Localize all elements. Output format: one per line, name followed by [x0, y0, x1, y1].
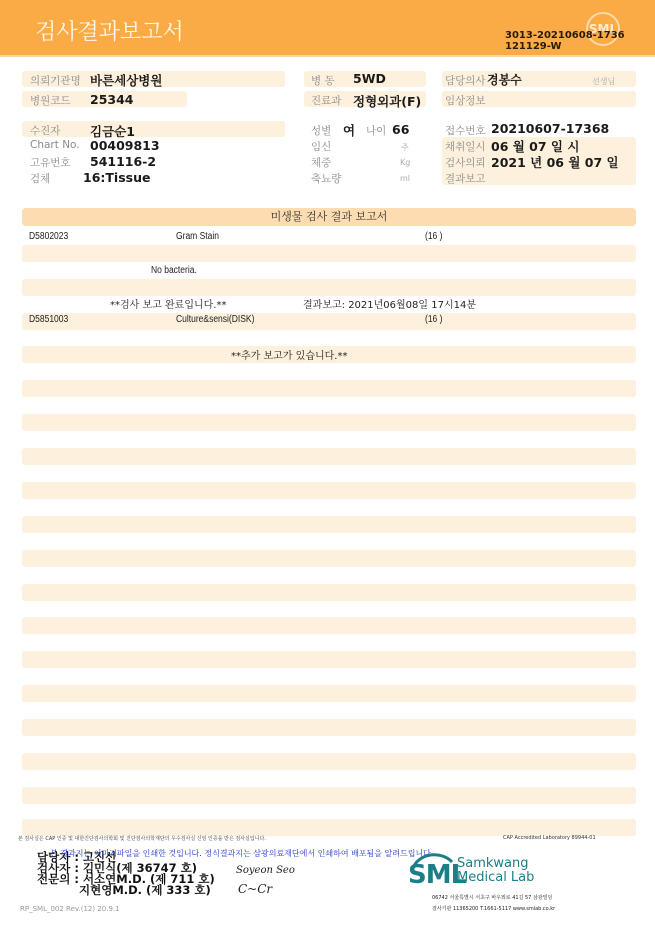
row-band	[22, 584, 636, 601]
specimen-label: 검체	[30, 171, 50, 186]
urine-unit: ml	[400, 174, 410, 183]
row-band	[22, 550, 636, 567]
row-band	[22, 685, 636, 702]
row-band	[22, 245, 636, 262]
id-no-label: 고유번호	[30, 155, 71, 170]
lab-address: 06742 서울특별시 서초구 바우뫼로 41길 57 삼광빌딩	[432, 894, 552, 901]
row-band	[22, 787, 636, 804]
lab-name: Samkwang Medical Lab	[457, 857, 534, 885]
row-band	[22, 753, 636, 770]
test-specimen: (16 )	[425, 314, 442, 325]
chart-no-value: 00409813	[90, 138, 160, 153]
test-code: D5851003	[29, 314, 68, 325]
age-label: 나이	[366, 123, 386, 138]
test-name: Gram Stain	[176, 231, 219, 242]
receipt-no-label: 접수번호	[445, 123, 486, 138]
row-band	[22, 617, 636, 634]
signature-2: C~Cr	[238, 882, 272, 896]
sex-value: 여	[343, 121, 355, 139]
lab-contact: 검사기관 11365200 T.1661-5117 www.smlab.co.k…	[432, 905, 555, 912]
report-time: 결과보고: 2021년06월08일 17시14분	[303, 296, 476, 311]
test-code: D5802023	[29, 231, 68, 242]
result-report-label: 결과보고	[445, 171, 486, 186]
page-title: 검사결과보고서	[35, 15, 184, 46]
row-band	[22, 448, 636, 465]
print-note: 본 결과지는 이미지파일을 인쇄한 것입니다. 정식결과지는 삼광의료재단에서 …	[50, 848, 433, 859]
row-band	[22, 414, 636, 431]
sml-lab-logo: SML	[408, 852, 458, 894]
row-band	[22, 651, 636, 668]
requesting-org-value: 바른세상병원	[90, 71, 162, 89]
hospital-code-label: 병원코드	[30, 93, 71, 108]
test-specimen: (16 )	[425, 231, 442, 242]
receipt-no-value: 20210607-17368	[491, 121, 609, 136]
row-band	[22, 516, 636, 533]
revision-code: RP_SML_002 Rev.(12) 20.9.1	[20, 905, 120, 913]
signature-1: Soyeon Seo	[236, 865, 295, 876]
age-value: 66	[392, 122, 409, 137]
id-no-value: 541116-2	[90, 154, 156, 169]
doctor-label: 담당의사	[445, 73, 486, 88]
row-band	[22, 719, 636, 736]
department-label: 진료과	[311, 93, 341, 108]
certification-note: 본 검사실은 CAP 인증 및 대한진단검사의학회 및 진단검사의학재단의 우수…	[18, 835, 266, 842]
department-value: 정형외과(F)	[353, 92, 421, 110]
request-value: 2021 년 06 월 07 일	[491, 153, 619, 171]
patient-label: 수진자	[30, 123, 60, 138]
weight-unit: Kg	[400, 158, 410, 167]
row-band	[22, 279, 636, 296]
band	[22, 121, 285, 137]
hospital-code-value: 25344	[90, 92, 134, 107]
specimen-value: 16:Tissue	[83, 170, 150, 185]
cap-accreditation: CAP Accredited Laboratory 89944-01	[503, 835, 596, 841]
additional-message: **추가 보고가 있습니다.**	[231, 347, 347, 362]
doctor-value: 경봉수	[487, 71, 522, 88]
row-band	[22, 482, 636, 499]
row-band	[22, 313, 636, 330]
requesting-org-label: 의뢰기관명	[30, 73, 81, 88]
row-band	[22, 819, 636, 836]
ward-value: 5WD	[353, 71, 386, 86]
request-label: 검사의뢰	[445, 155, 486, 170]
pregnancy-unit: 주	[401, 142, 409, 153]
pregnancy-label: 임신	[311, 139, 331, 154]
ward-label: 병 동	[311, 73, 335, 88]
doctor-suffix: 선생님	[592, 76, 615, 87]
collection-label: 채취일시	[445, 139, 486, 154]
section-title: 미생물 검사 결과 보고서	[22, 208, 636, 226]
report-header: 검사결과보고서 SML 3013-20210608-1736 121129-W	[0, 0, 655, 57]
urine-label: 축뇨량	[311, 171, 341, 186]
clinical-info-label: 임상정보	[445, 93, 486, 108]
document-number: 3013-20210608-1736 121129-W	[505, 30, 625, 52]
row-band	[22, 380, 636, 397]
sex-label: 성별	[311, 123, 331, 138]
chart-no-label: Chart No.	[30, 139, 80, 151]
specialist-2: 지현영M.D. (제 333 호)	[79, 884, 211, 896]
test-result: No bacteria.	[151, 265, 197, 276]
weight-label: 체중	[311, 155, 331, 170]
test-name: Culture&sensi(DISK)	[176, 314, 254, 325]
complete-message: **검사 보고 완료입니다.**	[110, 296, 226, 311]
